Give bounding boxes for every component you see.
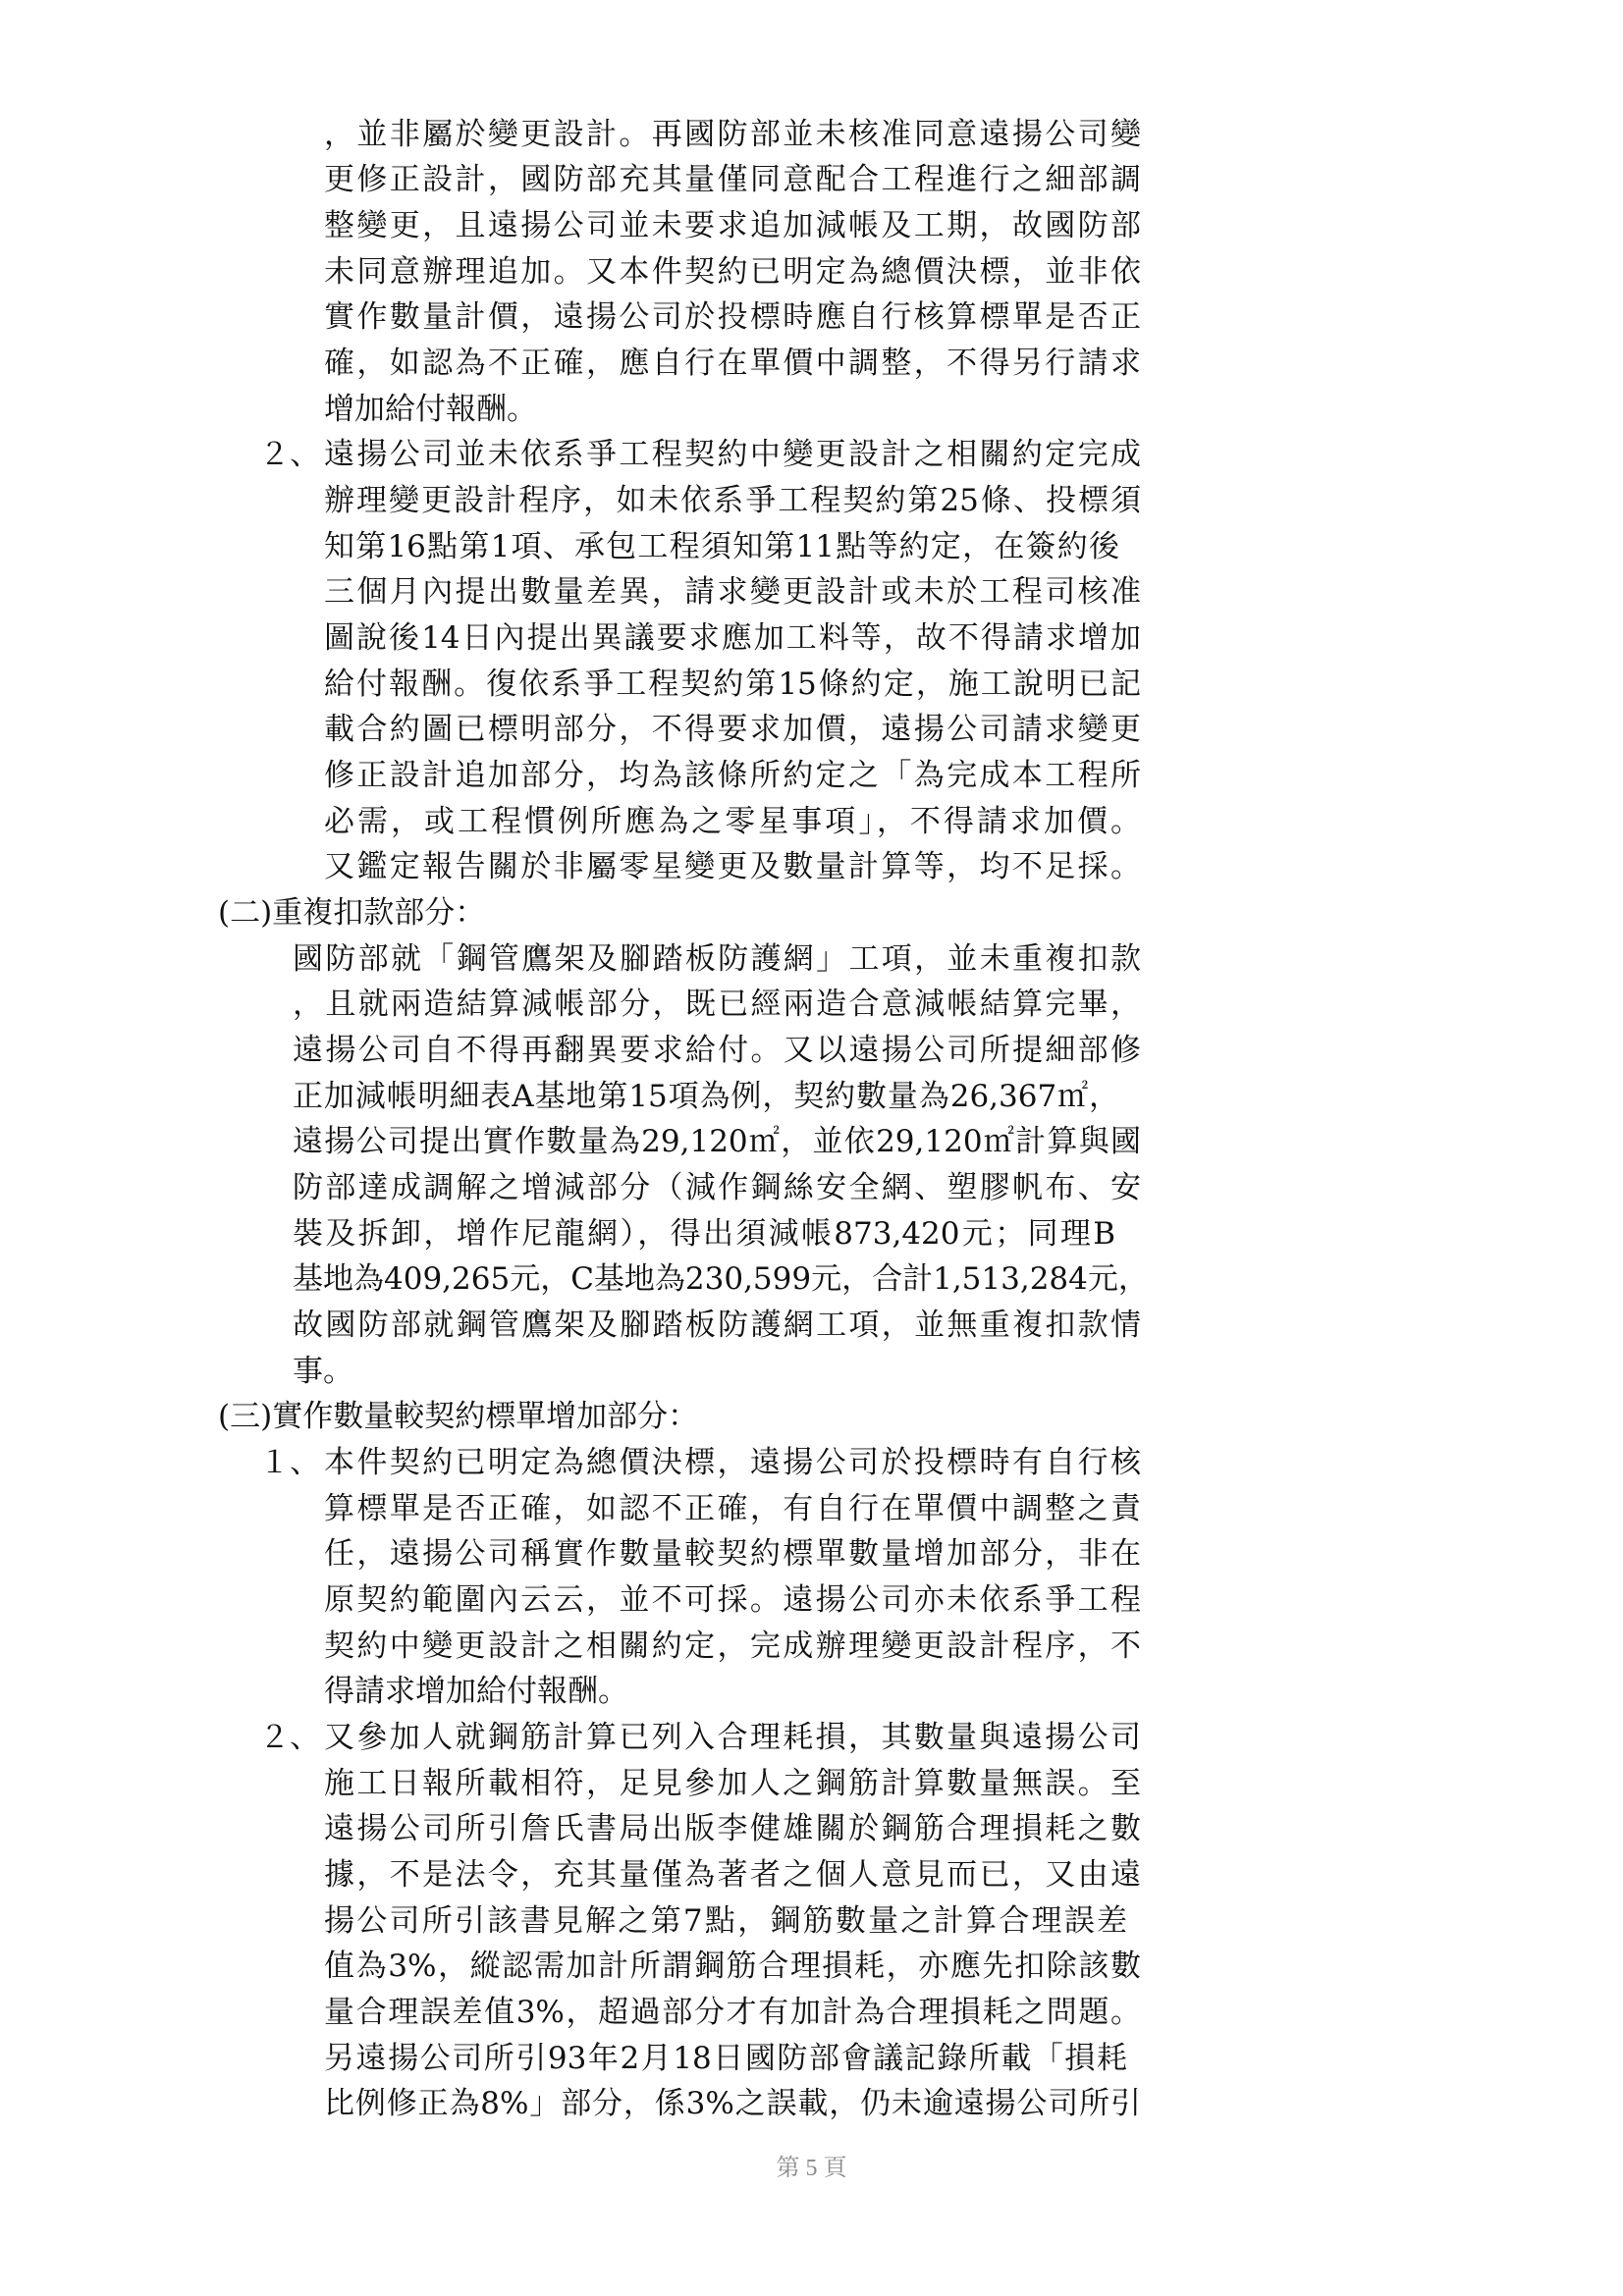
document-page: ，並非屬於變更設計。再國防部並未核准同意遠揚公司變 更修正設計，國防部充其量僅同… [0,0,1623,2296]
paragraph-line: 三個月內提出數量差異，請求變更設計或未於工程司核准 [324,569,1141,614]
page-number: 第 5 頁 [0,2148,1623,2182]
paragraph-line: 得請求增加給付報酬。 [324,1669,1141,1714]
paragraph-line: 又鑑定報告關於非屬零星變更及數量計算等，均不足採。 [324,844,1141,889]
paragraph-line: 知第16點第1項、承包工程須知第11點等約定，在簽約後 [324,524,1119,569]
paragraph-line: 原契約範圍內云云，並不可採。遠揚公司亦未依系爭工程 [324,1577,1141,1623]
paragraph-line: 本件契約已明定為總價決標，遠揚公司於投標時有自行核 [324,1440,1141,1485]
paragraph-line: 必需，或工程慣例所應為之零星事項」，不得請求加價。 [324,799,1141,844]
paragraph-line: 據，不是法令，充其量僅為著者之個人意見而已，又由遠 [324,1852,1141,1897]
list-marker: ２、 [259,432,320,477]
paragraph-line: 辦理變更設計程序，如未依系爭工程契約第25條、投標須 [324,478,1141,523]
paragraph-line: 揚公司所引該書見解之第7點，鋼筋數量之計算合理誤差 [324,1898,1127,1944]
paragraph-line: 值為3%，縱認需加計所謂鋼筋合理損耗，亦應先扣除該數 [324,1944,1141,1989]
paragraph-line: 遠揚公司所引詹氏書局出版李健雄關於鋼筋合理損耗之數 [324,1806,1141,1851]
paragraph-line: 遠揚公司並未依系爭工程契約中變更設計之相關約定完成 [324,432,1141,477]
paragraph-line: 載合約圖已標明部分，不得要求加價，遠揚公司請求變更 [324,707,1141,752]
paragraph-line: 算標單是否正確，如認不正確，有自行在單價中調整之責 [324,1486,1141,1531]
paragraph-line: 遠揚公司自不得再翻異要求給付。又以遠揚公司所提細部修 [293,1028,1141,1073]
paragraph-line: 事。 [293,1349,1141,1394]
paragraph-line: 圖說後14日內提出異議要求應加工料等，故不得請求增加 [324,615,1141,661]
paragraph-line: 契約中變更設計之相關約定，完成辦理變更設計程序，不 [324,1624,1141,1669]
paragraph-line: 又參加人就鋼筋計算已列入合理耗損，其數量與遠揚公司 [324,1715,1141,1760]
paragraph-line: 給付報酬。復依系爭工程契約第15條約定，施工說明已記 [324,662,1141,707]
paragraph-line: 故國防部就鋼管鷹架及腳踏板防護網工項，並無重複扣款情 [293,1303,1141,1348]
paragraph-line: 任，遠揚公司稱實作數量較契約標單數量增加部分，非在 [324,1531,1141,1576]
paragraph-line: 整變更，且遠揚公司並未要求追加減帳及工期，故國防部 [324,203,1141,248]
section-heading: (二)重複扣款部分： [218,890,1141,935]
paragraph-line: 增加給付報酬。 [324,387,1141,432]
paragraph-line: 施工日報所載相符，足見參加人之鋼筋計算數量無誤。至 [324,1761,1141,1806]
paragraph-line: 另遠揚公司所引93年2月18日國防部會議記錄所載「損耗 [324,2036,1127,2081]
paragraph-line: 裝及拆卸，增作尼龍網），得出須減帳873,420元；同理B [293,1211,1115,1256]
paragraph-line: 防部達成調解之增減部分（減作鋼絲安全網、塑膠帆布、安 [293,1165,1141,1210]
paragraph-line: ，且就兩造結算減帳部分，既已經兩造合意減帳結算完畢， [293,982,1141,1027]
list-marker: １、 [259,1440,320,1485]
paragraph-line: 更修正設計，國防部充其量僅同意配合工程進行之細部調 [324,157,1141,202]
paragraph-line: 基地為409,265元，C基地為230,599元，合計1,513,284元， [293,1256,1141,1302]
paragraph-line: 遠揚公司提出實作數量為29,120㎡，並依29,120㎡計算與國 [293,1119,1141,1164]
paragraph-line: 國防部就「鋼管鷹架及腳踏板防護網」工項，並未重複扣款 [293,936,1141,982]
paragraph-line: 未同意辦理追加。又本件契約已明定為總價決標，並非依 [324,249,1141,294]
paragraph-line: 比例修正為8%」部分，係3%之誤載，仍未逾遠揚公司所引 [324,2081,1141,2126]
list-marker: ２、 [259,1715,320,1760]
paragraph-line: 實作數量計價，遠揚公司於投標時應自行核算標單是否正 [324,294,1141,340]
section-heading: (三)實作數量較契約標單增加部分： [218,1394,1141,1439]
paragraph-line: 修正設計追加部分，均為該條所約定之「為完成本工程所 [324,753,1141,798]
paragraph-line: 正加減帳明細表A基地第15項為例，契約數量為26,367㎡， [293,1074,1119,1119]
paragraph-line: 確，如認為不正確，應自行在單價中調整，不得另行請求 [324,341,1141,386]
paragraph-line: ，並非屬於變更設計。再國防部並未核准同意遠揚公司變 [324,112,1141,157]
paragraph-line: 量合理誤差值3%，超過部分才有加計為合理損耗之問題。 [324,1990,1141,2035]
